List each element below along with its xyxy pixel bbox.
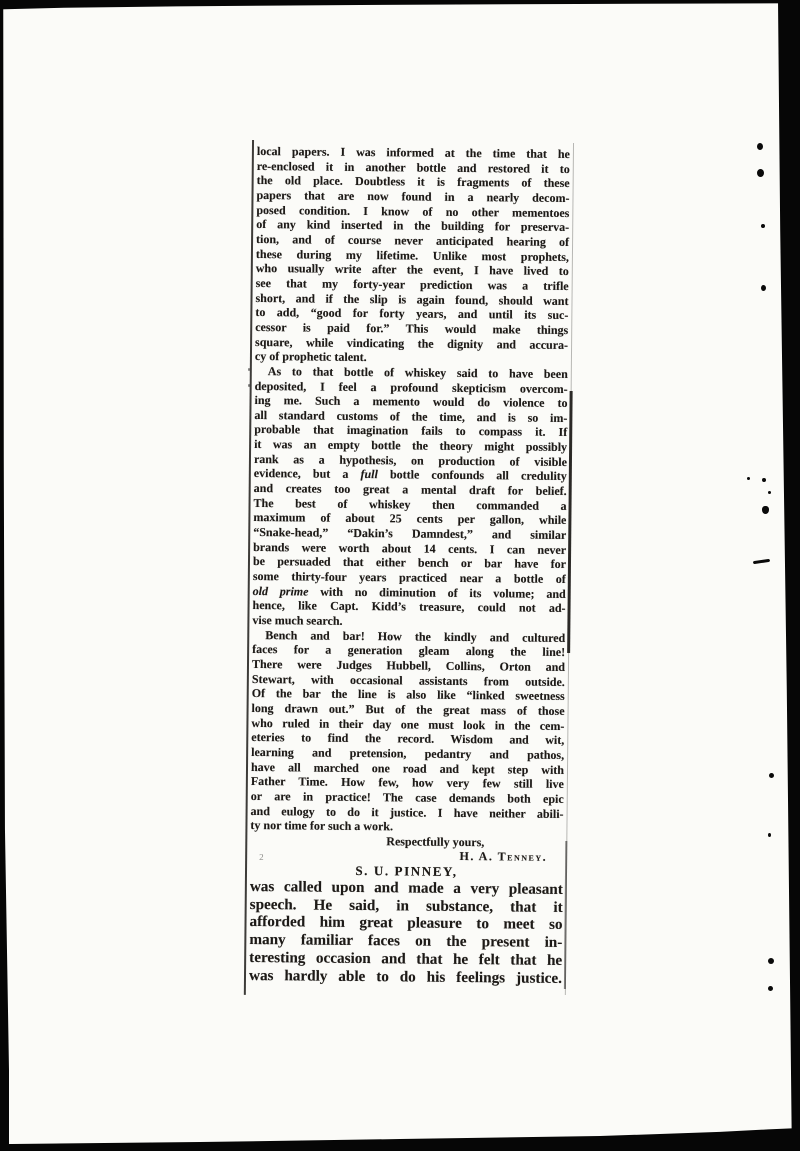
ink-speck	[768, 986, 773, 991]
ink-speck	[757, 169, 764, 177]
ink-dash	[753, 559, 770, 564]
column-rule-right-dark	[567, 391, 573, 653]
scan-edge-bottom	[0, 1128, 800, 1151]
ink-speck	[761, 224, 765, 228]
speech-heading: S. U. PINNEY,	[250, 862, 563, 880]
ink-speck	[768, 833, 771, 837]
text-line: was hardly able to do his feelings justi…	[249, 967, 562, 988]
ink-speck	[762, 506, 769, 514]
ink-speck	[762, 478, 766, 482]
ink-speck	[757, 143, 763, 150]
margin-mark: 2	[259, 852, 264, 862]
speech-body: was called upon and made a very pleasant…	[249, 878, 563, 988]
ink-speck	[747, 477, 750, 480]
article-column: 2 local papers. I was informed at the ti…	[249, 144, 570, 988]
text-line: ty nor time for such a work.	[250, 818, 563, 836]
ink-speck	[768, 958, 774, 964]
scan-edge-right	[778, 0, 800, 1151]
letter-body: local papers. I was informed at the time…	[250, 144, 570, 836]
column-rule-right-lower	[564, 841, 567, 989]
scan-edge-top	[0, 0, 800, 11]
ink-speck	[769, 773, 774, 778]
scan-edge-left	[0, 0, 9, 1151]
ink-speck	[768, 491, 771, 494]
ink-speck	[248, 368, 250, 371]
ink-speck	[761, 285, 766, 291]
ink-speck	[248, 384, 250, 387]
scanned-page: 2 local papers. I was informed at the ti…	[0, 0, 800, 1151]
